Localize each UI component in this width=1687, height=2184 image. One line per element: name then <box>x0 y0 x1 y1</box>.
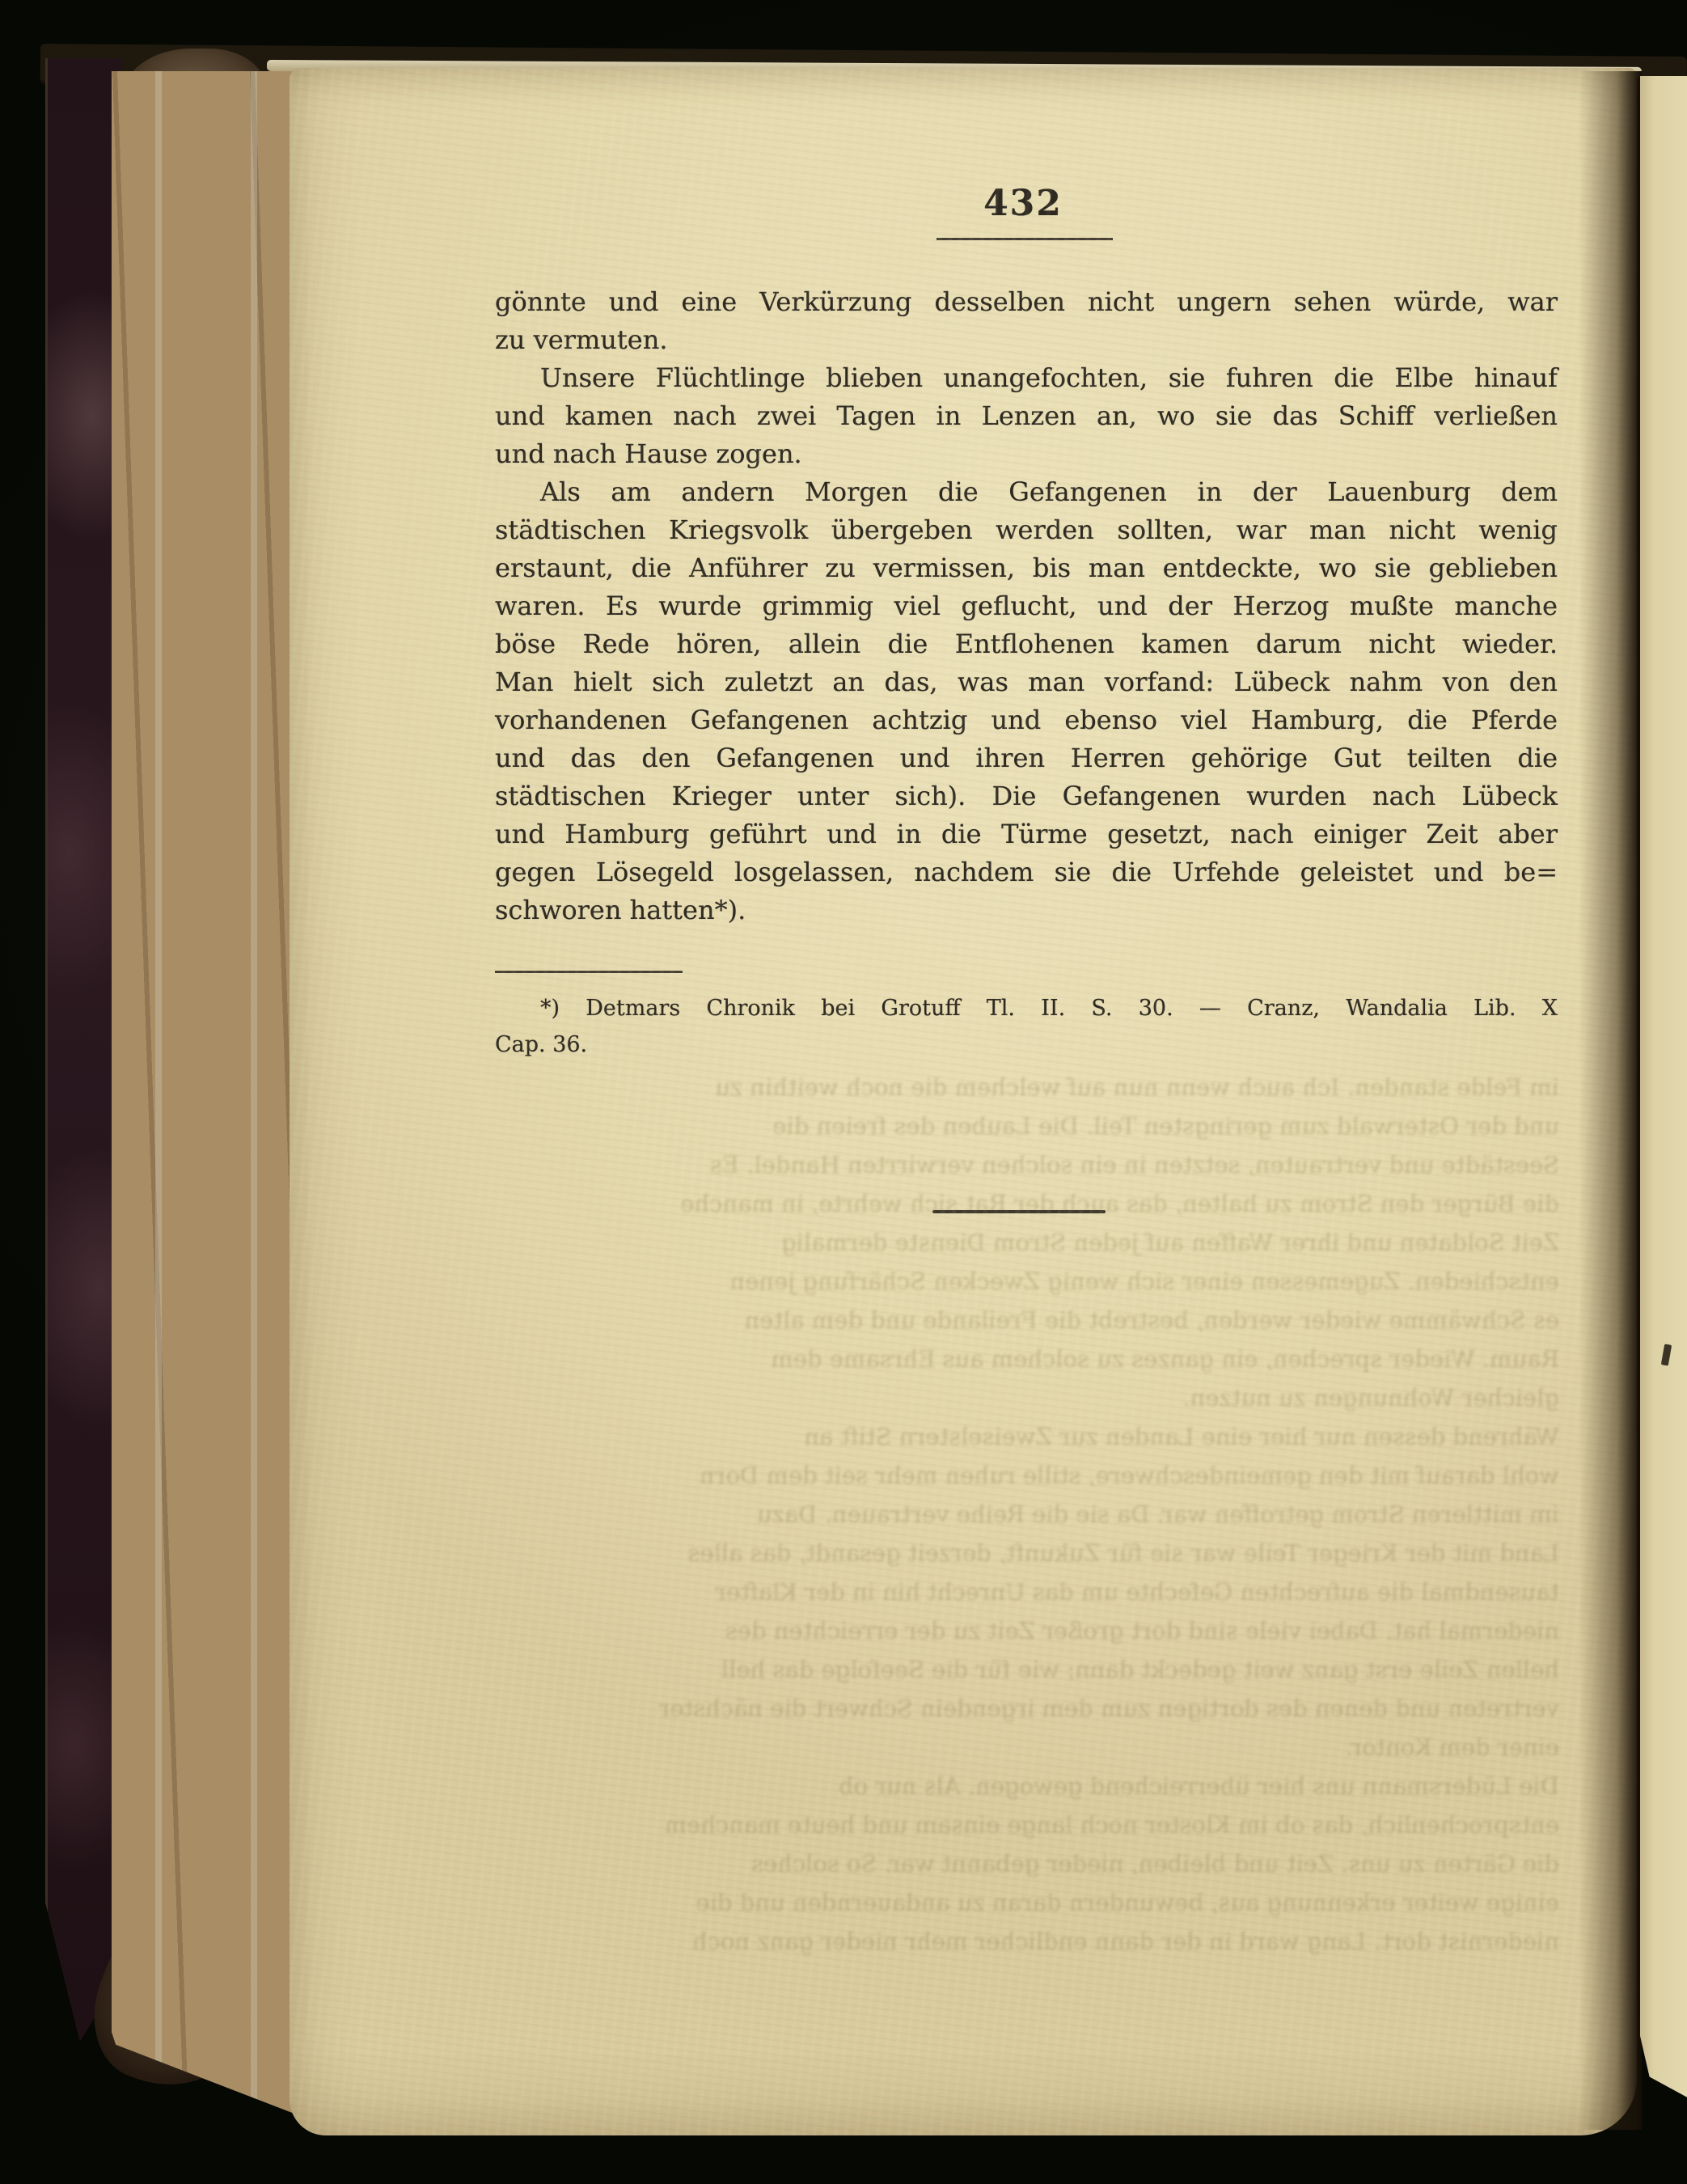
body-line: erstaunt, die Anführer zu vermissen, bis… <box>495 549 1558 587</box>
bleedthrough-line: im Felde standen. Ich auch wenn nun auf … <box>484 1068 1559 1107</box>
bleedthrough-line: Zeit Soldaten und ihrer Waffen auf jeden… <box>484 1223 1559 1262</box>
body-line: Als am andern Morgen die Gefangenen in d… <box>495 473 1558 511</box>
bleedthrough-line: Seestädte und vertrauten, setzten in ein… <box>484 1145 1559 1184</box>
bleedthrough-line: Land mit der Krieger Teile war sie für Z… <box>484 1534 1559 1572</box>
paragraph: gönnte und eine Verkürzung desselben nic… <box>495 283 1558 359</box>
book-photograph: 432 gönnte und eine Verkürzung desselben… <box>0 0 1687 2184</box>
body-line: Man hielt sich zuletzt an das, was man v… <box>495 663 1558 701</box>
body-text: gönnte und eine Verkürzung desselben nic… <box>495 283 1558 929</box>
body-line: und kamen nach zwei Tagen in Lenzen an, … <box>495 397 1558 435</box>
footnote: *) Detmars Chronik bei Grotuff Tl. II. S… <box>495 990 1558 1063</box>
body-line: vorhandenen Gefangenen achtzig und ebens… <box>495 701 1558 739</box>
bleedthrough-line: die Gärten zu uns. Zeit und bleiben, nie… <box>484 1844 1559 1883</box>
bleedthrough-line: und der Osterwald zum geringsten Teil. D… <box>484 1107 1559 1145</box>
bleedthrough-line: im mittleren Strom getroffen war. Da sie… <box>484 1495 1559 1534</box>
facing-page-sliver <box>1640 76 1687 2118</box>
bleedthrough-line: hellen Zeile erst ganz weit gedeckt dann… <box>484 1650 1559 1689</box>
bleedthrough-line: wohl darauf mit den gemeindeschwere, sti… <box>484 1456 1559 1495</box>
book-page: 432 gönnte und eine Verkürzung desselben… <box>290 68 1637 2135</box>
footnote-line: Cap. 36. <box>495 1026 1558 1063</box>
bleedthrough-line: einige weiter erkennung aus, bewundern d… <box>484 1883 1559 1922</box>
bleedthrough-line: entschieden. Zugemessen einer sich wenig… <box>484 1262 1559 1301</box>
body-line: und Hamburg geführt und in die Türme ges… <box>495 815 1558 853</box>
bleedthrough-text: im Felde standen. Ich auch wenn nun auf … <box>484 1068 1559 1961</box>
body-line: schworen hatten*). <box>495 891 1558 929</box>
bleedthrough-line: vertreten und denen des dortigen zum dem… <box>484 1689 1559 1728</box>
paragraph: Als am andern Morgen die Gefangenen in d… <box>495 473 1558 929</box>
gutter-shadow <box>1579 71 1642 2130</box>
bleedthrough-line: gleicher Wohnungen zu nutzen. <box>484 1378 1559 1417</box>
body-line: Unsere Flüchtlinge blieben unangefochten… <box>495 359 1558 397</box>
body-line: und nach Hause zogen. <box>495 435 1558 473</box>
body-line: böse Rede hören, allein die Entflohenen … <box>495 625 1558 663</box>
bleedthrough-line: einer dem Kontor. <box>484 1728 1559 1767</box>
page-edge-stack <box>112 71 319 2135</box>
footnote-separator-rule <box>495 971 683 973</box>
bleedthrough-line: Die Lüdersmann uns hier überreichend gew… <box>484 1767 1559 1805</box>
paragraph: Unsere Flüchtlinge blieben unangefochten… <box>495 359 1558 473</box>
footnote-line: *) Detmars Chronik bei Grotuff Tl. II. S… <box>495 990 1558 1026</box>
body-line: und das den Gefangenen und ihren Herren … <box>495 739 1558 777</box>
bleedthrough-line: niedermal hat. Dabei viele sind dort gro… <box>484 1611 1559 1650</box>
bleedthrough-line: niedernist dort. Lang ward in der dann e… <box>484 1922 1559 1961</box>
body-line: städtischen Krieger unter sich). Die Gef… <box>495 777 1558 815</box>
page-number: 432 <box>942 183 1104 224</box>
book-spine-leather <box>45 58 122 2042</box>
bleedthrough-line: es Schwämme wieder werden, bestrebt die … <box>484 1301 1559 1340</box>
page-number-rule <box>937 238 1113 240</box>
body-line: waren. Es wurde grimmig viel geflucht, u… <box>495 587 1558 625</box>
body-line: städtischen Kriegsvolk übergeben werden … <box>495 511 1558 549</box>
bleedthrough-line: Raum. Wieder sprechen, ein ganzes zu sol… <box>484 1340 1559 1378</box>
body-line: gönnte und eine Verkürzung desselben nic… <box>495 283 1558 321</box>
bleedthrough-line: Während dessen nur hier eine Landen zur … <box>484 1417 1559 1456</box>
bleedthrough-line: tausendmal die aufrechten Gefechte um da… <box>484 1572 1559 1611</box>
bleedthrough-line: die Bürger den Strom zu halten, das auch… <box>484 1184 1559 1223</box>
bleedthrough-line: entsprochenlich, das ob im Kloster noch … <box>484 1805 1559 1844</box>
body-line: zu vermuten. <box>495 321 1558 359</box>
body-line: gegen Lösegeld losgelassen, nachdem sie … <box>495 853 1558 891</box>
